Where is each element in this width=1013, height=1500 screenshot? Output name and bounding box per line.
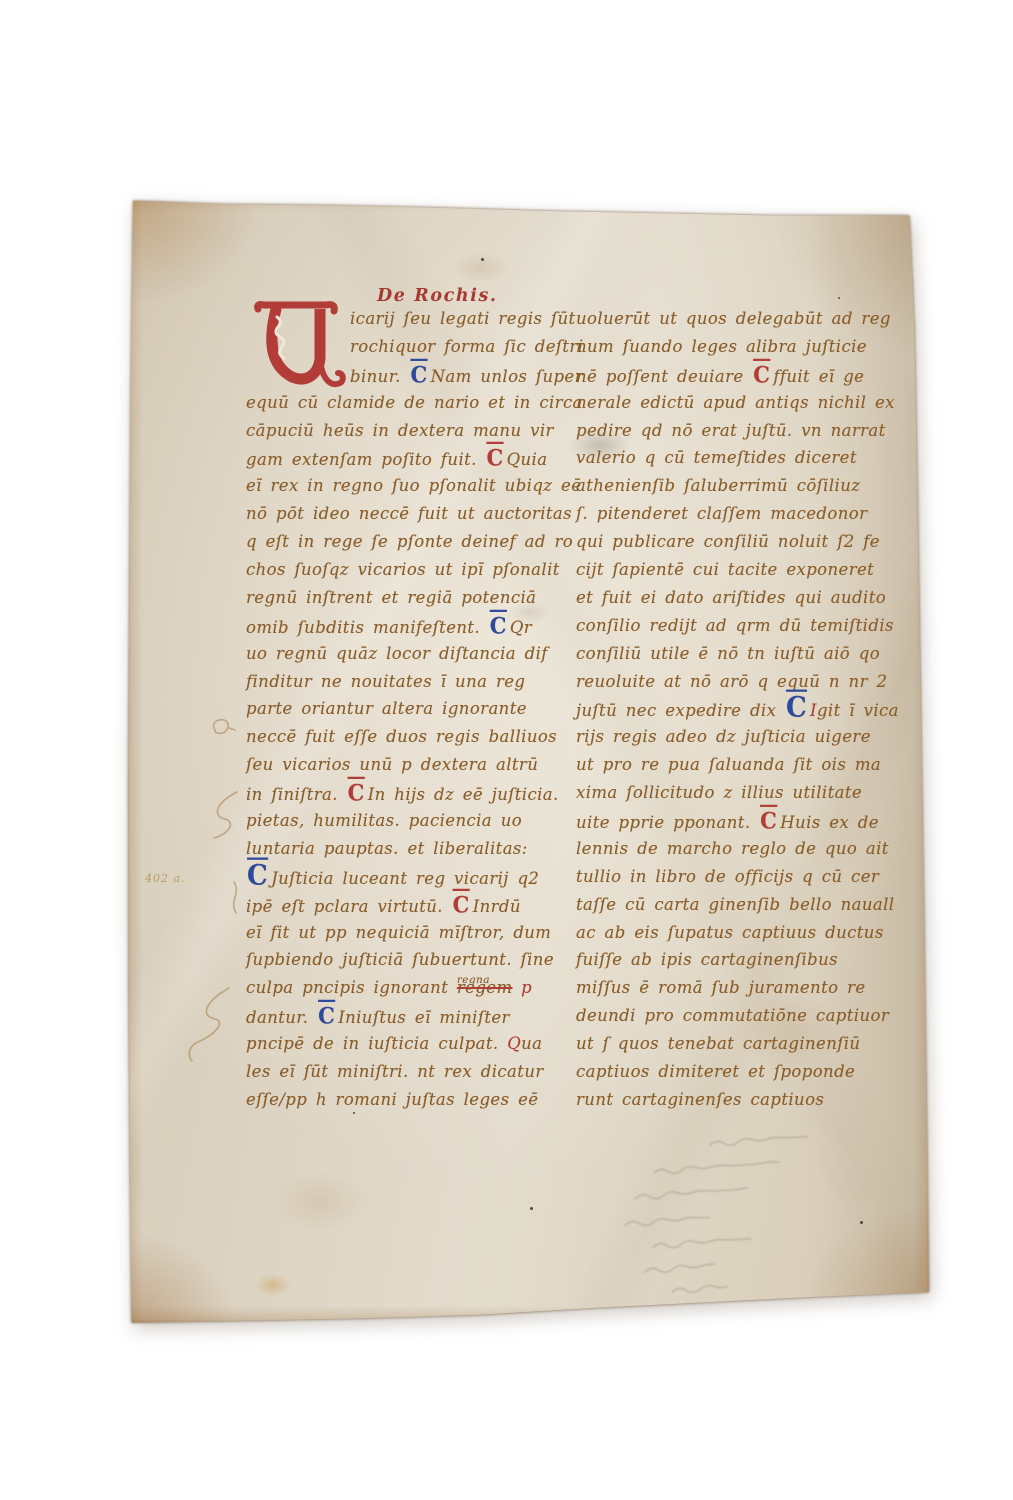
text-segment: p: [513, 978, 533, 997]
capitulum-mark: C: [753, 360, 770, 390]
text-line: deundi pro commutatiōne captiuor: [576, 1002, 908, 1030]
text-segment: chos ſuoſqz vicarios ut ipī pſonalit: [246, 560, 560, 579]
text-segment: ac ab eis ſupatus captiuus ductus: [576, 923, 884, 942]
text-segment: pietas, humilitas. paciencia uo: [246, 811, 522, 830]
text-column-left: icarij ſeu legati regis ſūtrochiquor for…: [246, 305, 564, 1114]
text-segment: conſilio redijt ad qrm dū temiſtidis: [576, 616, 894, 635]
text-segment: reuoluite at nō arō q equū n nr 2: [576, 672, 887, 691]
text-column-right: uoluerūt ut quos delegabūt ad regnum ſua…: [576, 305, 908, 1114]
text-segment: culpa pncipis ignorant: [246, 978, 457, 997]
faded-annotation: [589, 1117, 930, 1315]
text-line: ipē eſt pclara virtutū. CInrdū: [246, 891, 564, 919]
text-segment: ua: [521, 1034, 542, 1053]
text-line: cāpuciū heūs in dextera manu vir: [246, 417, 564, 445]
text-line: ut pro re pua ſaluanda ſit ois ma: [576, 751, 908, 779]
text-line: ut ſ quos tenebat cartaginenſiū: [576, 1030, 908, 1058]
text-segment: fuiſſe ab ipis cartaginenſibus: [576, 950, 838, 969]
text-line: ſ. pitenderet claſſem macedonor: [576, 500, 908, 528]
capitulum-mark: C: [486, 443, 503, 473]
text-line: rijs regis adeo dz juſticia uigere: [576, 723, 908, 751]
capitulum-mark: C: [760, 806, 777, 836]
text-line: binur. CNam unlos ſuper: [246, 361, 564, 389]
parchment-leaf: De Rochis. 402 a. icarij ſeu legati regi…: [126, 194, 932, 1326]
text-segment: binur.: [350, 367, 409, 386]
text-line: lennis de marcho reglo de quo ait: [576, 835, 908, 863]
text-line: ac ab eis ſupatus captiuus ductus: [576, 919, 908, 947]
ink-speck: [481, 258, 484, 261]
text-segment: juſtū nec expedire dix: [576, 701, 785, 720]
text-segment: taſſe cū carta ginenſib bello nauall: [576, 895, 894, 914]
text-line: reuoluite at nō arō q equū n nr 2: [576, 668, 908, 696]
text-line: eſſe/pp h romani juſtas leges eē: [246, 1086, 564, 1114]
rubric-heading: De Rochis.: [377, 286, 498, 306]
text-segment: et fuit ei dato ariſtides qui audito: [576, 588, 886, 607]
text-line: xima ſollicitudo z illius utilitate: [576, 779, 908, 807]
text-segment: In hijs dz eē juſticia.: [368, 785, 559, 804]
text-line: gam extenſam poſito fuit. CQuia: [246, 444, 564, 472]
text-segment: uoluerūt ut quos delegabūt ad reg: [576, 309, 891, 328]
text-line: taſſe cū carta ginenſib bello nauall: [576, 891, 908, 919]
text-line: conſilio redijt ad qrm dū temiſtidis: [576, 612, 908, 640]
capitulum-mark: C: [348, 778, 365, 808]
photo-canvas: { "manuscript": { "heading": "De Rochis.…: [0, 0, 1013, 1500]
text-line: ſeu vicarios unū p dextera altrū: [246, 751, 564, 779]
text-segment: nerale edictū apud antiqs nichil ex: [576, 393, 895, 412]
text-segment: ut pro re pua ſaluanda ſit ois ma: [576, 755, 881, 774]
text-line: uoluerūt ut quos delegabūt ad reg: [576, 305, 908, 333]
text-segment: num ſuando leges alibra juſticie: [576, 337, 867, 356]
text-segment: gam extenſam poſito fuit.: [246, 450, 485, 469]
text-line: et fuit ei dato ariſtides qui audito: [576, 584, 908, 612]
text-segment: ſupbiendo juſticiā ſubuertunt. ſine: [246, 950, 554, 969]
text-line: q eſt in rege ſe pſonte deinef ad ro: [246, 528, 564, 556]
text-segment: eſſe/pp h romani juſtas leges eē: [246, 1090, 538, 1109]
ink-speck: [860, 1221, 863, 1224]
text-line: pncipē de in iuſticia culpat. Qua: [246, 1030, 564, 1058]
text-segment: ſeu vicarios unū p dextera altrū: [246, 755, 538, 774]
text-line: chos ſuoſqz vicarios ut ipī pſonalit: [246, 556, 564, 584]
text-line: conſiliū utile ē nō tn iuſtū aiō qo: [576, 640, 908, 668]
capitulum-mark: C: [490, 611, 507, 641]
capitulum-mark: C: [318, 1001, 335, 1031]
text-segment: nō pōt ideo neccē fuit ut auctoritas: [246, 504, 572, 523]
text-segment: neccē fuit eſſe duos regis balliuos: [246, 727, 557, 746]
text-segment: Q: [507, 1034, 521, 1053]
text-line: miſſus ē romā ſub juramento re: [576, 974, 908, 1002]
text-segment: omib ſubditis manifeſtent.: [246, 618, 489, 637]
text-line: athenienſib ſaluberrimū cōſiliuz: [576, 472, 908, 500]
text-line: uo regnū quāz locor diſtancia dif: [246, 640, 564, 668]
text-segment: parte oriantur altera ignorante: [246, 699, 527, 718]
text-segment: conſiliū utile ē nō tn iuſtū aiō qo: [576, 644, 880, 663]
text-segment: rijs regis adeo dz juſticia uigere: [576, 727, 871, 746]
text-line: nerale edictū apud antiqs nichil ex: [576, 389, 908, 417]
text-line: luntaria pauptas. et liberalitas:: [246, 835, 564, 863]
text-line: in ſiniſtra. CIn hijs dz eē juſticia.: [246, 779, 564, 807]
text-segment: Juſticia luceant reg vicarij q2: [271, 869, 539, 888]
ink-speck: [530, 1207, 533, 1210]
text-line: CJuſticia luceant reg vicarij q2: [246, 863, 564, 891]
text-segment: xima ſollicitudo z illius utilitate: [576, 783, 862, 802]
text-segment: uite pprie pponant.: [576, 813, 759, 832]
capitulum-mark: C: [786, 694, 807, 724]
text-segment: regnū inſtrent et regiā potenciā: [246, 588, 536, 607]
text-segment: pedire qd nō erat juſtū. vn narrat: [576, 421, 886, 440]
text-segment: luntaria pauptas. et liberalitas:: [246, 839, 528, 858]
text-line: num ſuando leges alibra juſticie: [576, 333, 908, 361]
text-line: les eī ſūt miniſtri. nt rex dicatur: [246, 1058, 564, 1086]
text-line: rochiquor forma ſic deſtri: [246, 333, 564, 361]
text-segment: tullio in libro de officijs q cū cer: [576, 867, 879, 886]
text-line: eī fit ut pp nequiciā mīſtror, dum: [246, 919, 564, 947]
text-segment: nē poſſent deuiare: [576, 367, 752, 386]
text-segment: Huis ex de: [780, 813, 879, 832]
text-line: juſtū nec expedire dix CIgit ī vica: [576, 695, 908, 723]
text-line: valerio q cū temeſtides diceret: [576, 444, 908, 472]
text-segment: equū cū clamide de nario et in circa: [246, 393, 583, 412]
text-segment: git ī vica: [817, 701, 899, 720]
text-line: qui publicare conſiliū noluit ſ2 fe: [576, 528, 908, 556]
text-segment: qui publicare conſiliū noluit ſ2 fe: [576, 532, 880, 551]
text-segment: Iniuſtus eī miniſter: [338, 1008, 510, 1027]
text-line: icarij ſeu legati regis ſūt: [246, 305, 564, 333]
text-segment: pncipē de in iuſticia culpat.: [246, 1034, 507, 1053]
text-line: captiuos dimiteret et ſpoponde: [576, 1058, 908, 1086]
text-line: finditur ne nouitates ī una reg: [246, 668, 564, 696]
text-line: fuiſſe ab ipis cartaginenſibus: [576, 946, 908, 974]
text-segment: icarij ſeu legati regis ſūt: [350, 309, 576, 328]
text-line: runt cartaginenſes captiuos: [576, 1086, 908, 1114]
text-line: nō pōt ideo neccē fuit ut auctoritas: [246, 500, 564, 528]
text-segment: Qr: [510, 618, 532, 637]
text-segment: Quia: [507, 450, 548, 469]
text-line: neccē fuit eſſe duos regis balliuos: [246, 723, 564, 751]
text-segment: I: [810, 701, 817, 720]
text-line: cijt ſapientē cui tacite exponeret: [576, 556, 908, 584]
parchment-leaf-photo: De Rochis. 402 a. icarij ſeu legati regi…: [0, 0, 1013, 1500]
text-line: dantur. CIniuſtus eī miniſter: [246, 1002, 564, 1030]
text-line: eī rex in regno ſuo pſonalit ubiqz eē: [246, 472, 564, 500]
ink-speck: [838, 297, 840, 299]
text-line: tullio in libro de officijs q cū cer: [576, 863, 908, 891]
text-segment: cāpuciū heūs in dextera manu vir: [246, 421, 554, 440]
text-segment: ipē eſt pclara virtutū.: [246, 897, 452, 916]
text-segment: les eī ſūt miniſtri. nt rex dicatur: [246, 1062, 544, 1081]
text-line: regnū inſtrent et regiā potenciā: [246, 584, 564, 612]
ink-speck: [353, 1112, 355, 1114]
text-segment: Inrdū: [473, 897, 521, 916]
text-segment: rochiquor forma ſic deſtri: [350, 337, 583, 356]
text-line: nē poſſent deuiare Cffuit eī ge: [576, 361, 908, 389]
text-line: equū cū clamide de nario et in circa: [246, 389, 564, 417]
text-segment: ſ. pitenderet claſſem macedonor: [576, 504, 867, 523]
text-segment: q eſt in rege ſe pſonte deinef ad ro: [246, 532, 573, 551]
text-line: pedire qd nō erat juſtū. vn narrat: [576, 417, 908, 445]
text-segment: miſſus ē romā ſub juramento re: [576, 978, 866, 997]
text-line: parte oriantur altera ignorante: [246, 695, 564, 723]
text-line: ſupbiendo juſticiā ſubuertunt. ſine: [246, 946, 564, 974]
text-line: omib ſubditis manifeſtent. CQr: [246, 612, 564, 640]
text-segment: finditur ne nouitates ī una reg: [246, 672, 525, 691]
text-segment: uo regnū quāz locor diſtancia dif: [246, 644, 548, 663]
text-segment: lennis de marcho reglo de quo ait: [576, 839, 889, 858]
text-segment: valerio q cū temeſtides diceret: [576, 448, 857, 467]
capitulum-mark: C: [410, 360, 427, 390]
folio-mark: 402 a.: [145, 872, 186, 885]
text-segment: captiuos dimiteret et ſpoponde: [576, 1062, 855, 1081]
text-segment: ut ſ quos tenebat cartaginenſiū: [576, 1034, 860, 1053]
text-segment: in ſiniſtra.: [246, 785, 347, 804]
text-segment: runt cartaginenſes captiuos: [576, 1090, 824, 1109]
text-segment: dantur.: [246, 1008, 317, 1027]
text-segment: eī rex in regno ſuo pſonalit ubiqz eē: [246, 476, 581, 495]
text-segment: deundi pro commutatiōne captiuor: [576, 1006, 889, 1025]
margin-pen-trials: [185, 700, 255, 1090]
text-segment: cijt ſapientē cui tacite exponeret: [576, 560, 874, 579]
capitulum-mark: C: [453, 890, 470, 920]
text-line: culpa pncipis ignorant regnaregem p: [246, 974, 564, 1002]
text-line: uite pprie pponant. CHuis ex de: [576, 807, 908, 835]
text-segment: athenienſib ſaluberrimū cōſiliuz: [576, 476, 860, 495]
text-line: pietas, humilitas. paciencia uo: [246, 807, 564, 835]
text-segment: Nam unlos ſuper: [431, 367, 583, 386]
text-segment: ffuit eī ge: [773, 367, 864, 386]
text-segment: eī fit ut pp nequiciā mīſtror, dum: [246, 923, 551, 942]
